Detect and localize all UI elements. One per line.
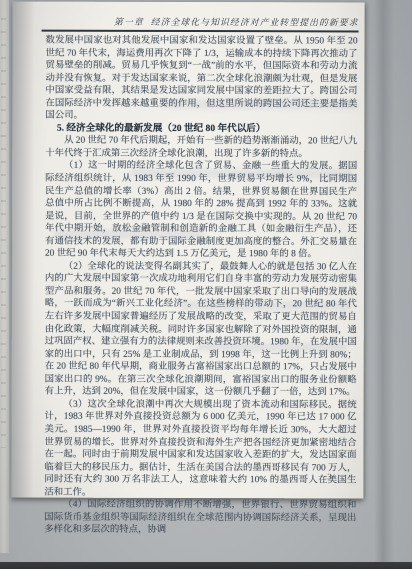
- paragraph: （4）国际经济组织的协调作用不断增强，世界银行、世界贸易组织和国际货币基金组织等…: [44, 499, 356, 537]
- show-through-artifact: [180, 301, 352, 310]
- show-through-artifact: [162, 99, 357, 110]
- show-through-artifact: [54, 230, 204, 239]
- chapter-label: 第一章: [114, 17, 144, 27]
- running-header: 第一章经济全球化与知识经济对产业转型提出的新要求: [43, 15, 359, 29]
- paragraph-continuation: 数发展中国家也对其他发展中国家和发达国家设置了壁垒。从 1950 年至 20 世…: [45, 35, 357, 124]
- paragraph: （3）这次全球化浪潮中再次大规模出现了资本流动和国际移民。据统计，1983 年世…: [44, 398, 356, 499]
- scanned-page: 第一章经济全球化与知识经济对产业转型提出的新要求 数发展中国家也对其他发展中国家…: [11, 2, 364, 499]
- paragraph: （2）全球化的说法变得名副其实了，最鼓舞人心的就是包括 30 亿人在内的广大发展…: [45, 260, 357, 399]
- show-through-artifact: [130, 169, 352, 179]
- show-through-artifact: [197, 343, 347, 351]
- section-heading: 5. 经济全球化的最新发展（20 世纪 80 年代以后）: [45, 122, 357, 135]
- paragraph: 从 20 世纪 70 年代后期起，开始有一些新的趋势渐渐涌动，20 世纪八九十年…: [45, 135, 357, 161]
- body-text: 数发展中国家也对其他发展中国家和发达国家设置了壁垒。从 1950 年至 20 世…: [44, 35, 357, 538]
- page-number: ·3·: [323, 471, 336, 481]
- scan-bottom-bar: [0, 562, 412, 569]
- chapter-title: 经济全球化与知识经济对产业转型提出的新要求: [151, 17, 359, 28]
- facing-page-sliver: [0, 0, 9, 553]
- book-edge-shadow: [374, 0, 394, 562]
- header-rule: [42, 30, 359, 32]
- gutter-shadow: [11, 2, 34, 498]
- book-page-scan: 第一章经济全球化与知识经济对产业转型提出的新要求 数发展中国家也对其他发展中国家…: [0, 0, 412, 569]
